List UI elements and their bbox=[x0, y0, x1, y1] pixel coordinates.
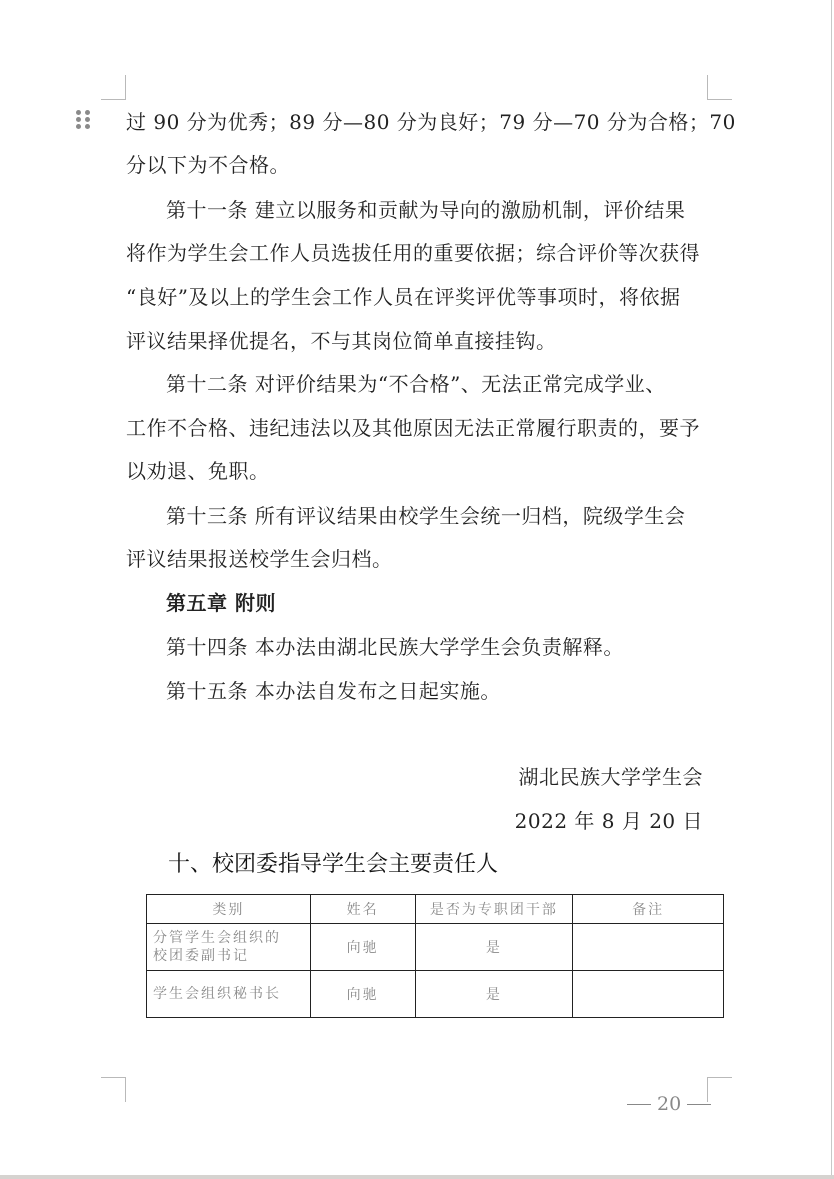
cell-name: 向驰 bbox=[310, 924, 415, 971]
paragraph-drag-handle-icon[interactable] bbox=[76, 110, 90, 132]
cell-category-line: 学生会组织秘书长 bbox=[153, 985, 304, 1003]
cell-category-line: 分管学生会组织的 bbox=[153, 929, 304, 947]
signature-organization: 湖北民族大学学生会 bbox=[519, 765, 704, 789]
header-note: 备注 bbox=[573, 895, 724, 924]
cell-category: 学生会组织秘书长 bbox=[147, 971, 311, 1018]
document-page: 过 90 分为优秀；89 分—80 分为良好；79 分—70 分为合格；70 分… bbox=[0, 0, 832, 1175]
cell-note bbox=[573, 971, 724, 1018]
responsible-persons-table: 类别 姓名 是否为专职团干部 备注 分管学生会组织的 校团委副书记 向驰 是 学… bbox=[146, 894, 724, 1018]
chapter-heading: 第五章 附则 bbox=[166, 591, 276, 615]
margin-corner-top-right bbox=[707, 75, 732, 100]
article-13-line: 第十三条 所有评议结果由校学生会统一归档，院级学生会 bbox=[166, 504, 685, 528]
margin-corner-top-left bbox=[101, 75, 126, 100]
article-12-line: 工作不合格、违纪违法以及其他原因无法正常履行职责的，要予 bbox=[126, 416, 700, 440]
paragraph-line: 过 90 分为优秀；89 分—80 分为良好；79 分—70 分为合格；70 bbox=[126, 110, 736, 134]
article-12-line: 第十二条 对评价结果为“不合格”、无法正常完成学业、 bbox=[166, 372, 666, 396]
article-14: 第十四条 本办法由湖北民族大学学生会负责解释。 bbox=[166, 635, 624, 659]
header-full-time: 是否为专职团干部 bbox=[415, 895, 573, 924]
cell-category-line: 校团委副书记 bbox=[153, 947, 304, 965]
page-number-dash bbox=[687, 1104, 711, 1105]
page-number: 20 bbox=[627, 1093, 711, 1115]
cell-name: 向驰 bbox=[310, 971, 415, 1018]
article-13-line: 评议结果报送校学生会归档。 bbox=[126, 547, 393, 571]
cell-note bbox=[573, 924, 724, 971]
article-11-line: “良好”及以上的学生会工作人员在评奖评优等事项时，将依据 bbox=[126, 285, 680, 309]
article-12-line: 以劝退、免职。 bbox=[126, 459, 270, 483]
header-name: 姓名 bbox=[310, 895, 415, 924]
table-row: 分管学生会组织的 校团委副书记 向驰 是 bbox=[147, 924, 724, 971]
page-number-value: 20 bbox=[657, 1093, 681, 1115]
page-number-dash bbox=[627, 1104, 651, 1105]
cell-full-time: 是 bbox=[415, 924, 573, 971]
header-category: 类别 bbox=[147, 895, 311, 924]
table-row: 学生会组织秘书长 向驰 是 bbox=[147, 971, 724, 1018]
cell-full-time: 是 bbox=[415, 971, 573, 1018]
article-11-line: 第十一条 建立以服务和贡献为导向的激励机制，评价结果 bbox=[166, 198, 685, 222]
signature-date: 2022 年 8 月 20 日 bbox=[515, 809, 703, 833]
article-11-line: 将作为学生会工作人员选拔任用的重要依据；综合评价等次获得 bbox=[126, 241, 700, 265]
margin-corner-bottom-left bbox=[101, 1077, 126, 1102]
article-11-line: 评议结果择优提名，不与其岗位简单直接挂钩。 bbox=[126, 329, 557, 353]
cell-category: 分管学生会组织的 校团委副书记 bbox=[147, 924, 311, 971]
page-bottom-edge bbox=[0, 1175, 834, 1179]
table-header-row: 类别 姓名 是否为专职团干部 备注 bbox=[147, 895, 724, 924]
section-title: 十、校团委指导学生会主要责任人 bbox=[168, 851, 498, 879]
paragraph-line: 分以下为不合格。 bbox=[126, 153, 290, 177]
article-15: 第十五条 本办法自发布之日起实施。 bbox=[166, 679, 501, 703]
